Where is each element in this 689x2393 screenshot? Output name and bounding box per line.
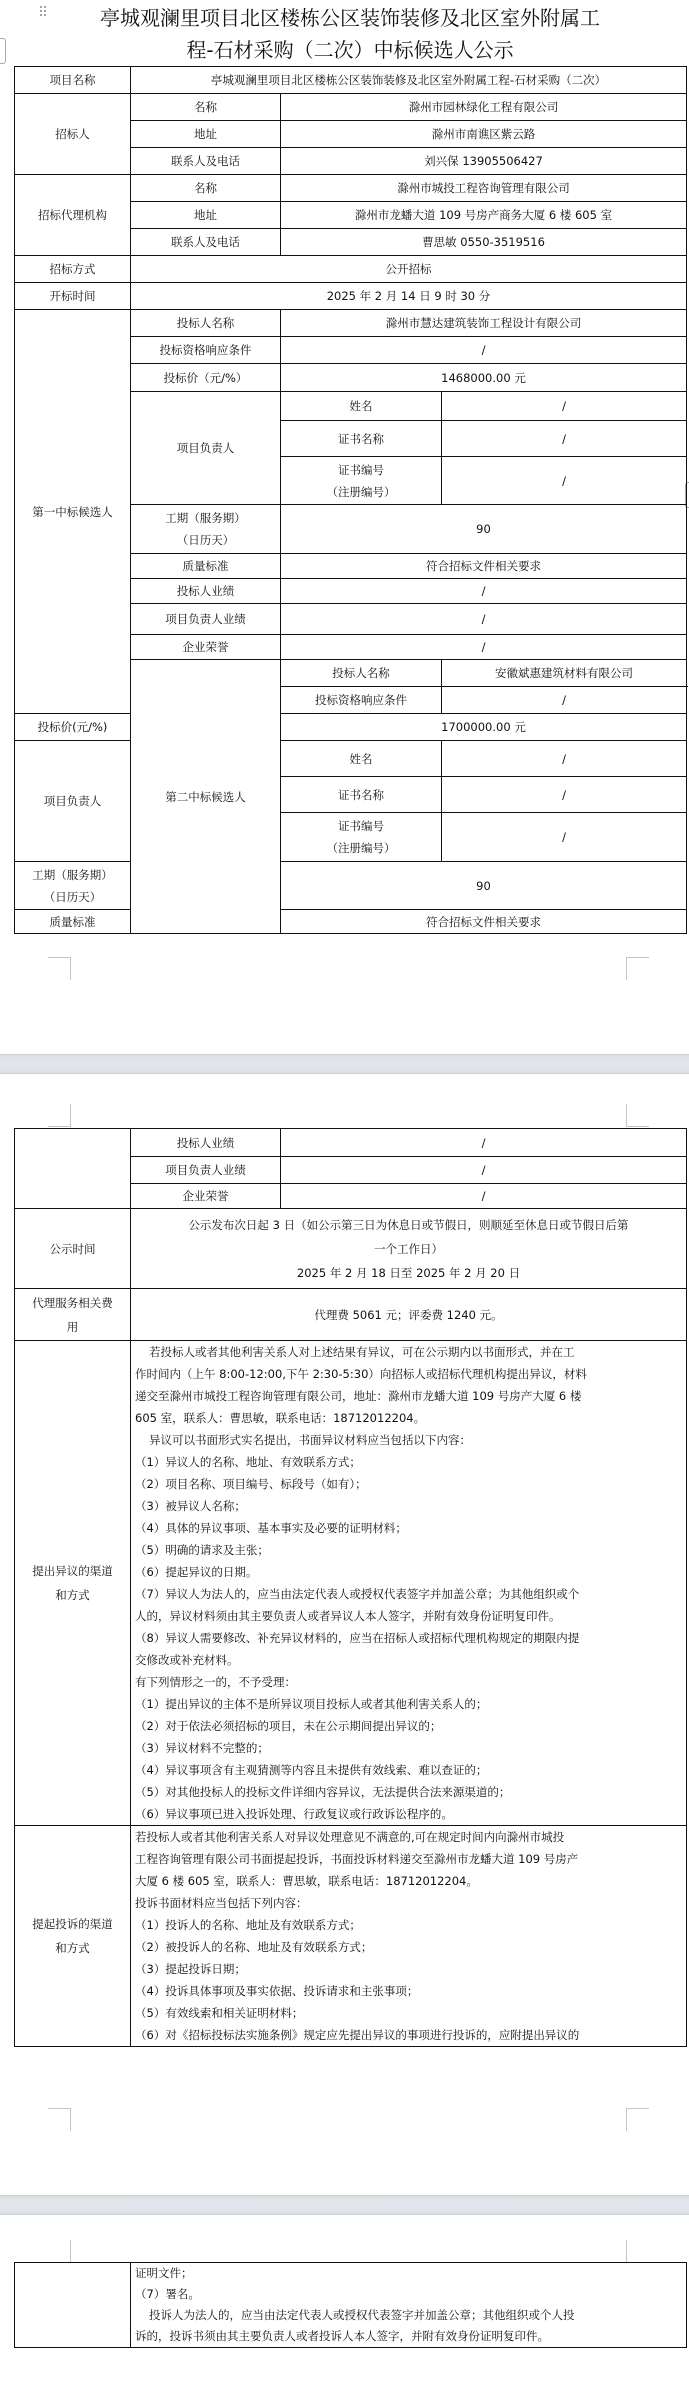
c1-name-label: 投标人名称 [131,310,281,337]
c1-qual-label: 投标资格响应条件 [131,337,281,364]
objection-label-2: 和方式 [19,1583,126,1607]
objection-line: 人的，异议材料须由其主要负责人或者异议人本人签字，并附有效身份证明复印件。 [135,1605,682,1627]
objection-line: （4）异议事项含有主观猜测等内容且未提供有效线索、难以查证的； [135,1759,682,1781]
c2-period-value: 90 [281,862,687,910]
candidate-table-page-3: 证明文件； （7）署名。 投诉人为法人的，应当由法定代表人或授权代表签字并加盖公… [14,2262,687,2348]
objection-line: （6）提起异议的日期。 [135,1561,682,1583]
c2-quality-label: 质量标准 [15,910,131,934]
page-corner-mark [48,957,71,980]
objection-line: 递交至滁州市城投工程咨询管理有限公司，地址：滁州市龙蟠大道 109 号房产大厦 … [135,1385,682,1407]
page-2: 投标人业绩 / 项目负责人业绩 / 企业荣誉 / 公示时间 公示发布次日起 3 … [0,1074,689,2195]
c2-cert-no-value: / [442,813,687,862]
objection-label: 提出异议的渠道 和方式 [15,1341,131,1826]
project-name-value: 亭城观澜里项目北区楼栋公区装饰装修及北区室外附属工程-石材采购（二次） [131,67,687,94]
fees-label-2: 用 [19,1315,126,1339]
fees-label-1: 代理服务相关费 [19,1291,126,1315]
complaint-line: （3）提起投诉日期； [135,1958,682,1980]
method-value: 公开招标 [131,256,687,283]
objection-line: 作时间内（上午 8:00-12:00,下午 2:30-5:30）向招标人或招标代… [135,1363,682,1385]
c2-mgr-perf-label: 项目负责人业绩 [131,1157,281,1184]
c1-honor-value: / [281,635,687,660]
complaint-line: （5）有效线索和相关证明材料； [135,2002,682,2024]
complaint-line: 诉的，投诉书须由其主要负责人或者投诉人本人签字，并附有效身份证明复印件。 [135,2326,682,2347]
complaint-line: 投诉书面材料应当包括下列内容： [135,1892,682,1914]
objection-line: 异议可以书面形式实名提出，书面异议材料应当包括以下内容： [135,1429,682,1451]
c2-period-label-2: （日历天） [19,886,126,908]
c1-qual-value: / [281,337,687,364]
tenderer-name-label: 名称 [131,94,281,121]
title-line-2: 程-石材采购（二次）中标候选人公示 [40,34,660,66]
objection-line: （3）被异议人名称； [135,1495,682,1517]
c2-cert-name-label: 证书名称 [281,777,442,813]
c1-cert-no-value: / [442,457,687,505]
c2-mgr-name-value: / [442,741,687,777]
complaint-label-2: 和方式 [19,1936,126,1960]
complaint-line: 投诉人为法人的，应当由法定代表人或授权代表签字并加盖公章；其他组织或个人投 [135,2305,682,2326]
agency-name-label: 名称 [131,175,281,202]
objection-line: （5）对其他投标人的投标文件详细内容异议，无法提供合法来源渠道的； [135,1781,682,1803]
c2-cert-no-label-2: （注册编号） [285,837,437,859]
c2-name-label: 投标人名称 [281,660,442,687]
c1-cert-no-label-2: （注册编号） [285,481,437,503]
objection-line: （5）明确的请求及主张； [135,1539,682,1561]
c1-honor-label: 企业荣誉 [131,635,281,660]
publicity-label: 公示时间 [15,1209,131,1289]
c2-qual-label: 投标资格响应条件 [281,687,442,714]
objection-line: （7）异议人为法人的，应当由法定代表人或授权代表签字并加盖公章；为其他组织或个 [135,1583,682,1605]
candidate-table-page-1: 项目名称 亭城观澜里项目北区楼栋公区装饰装修及北区室外附属工程-石材采购（二次）… [14,66,687,934]
complaint-continued [15,2263,131,2348]
complaint-label-1: 提起投诉的渠道 [19,1912,126,1936]
page-1: 亭城观澜里项目北区楼栋公区装饰装修及北区室外附属工 程-石材采购（二次）中标候选… [0,0,689,1041]
agency-label: 招标代理机构 [15,175,131,256]
publicity-value: 公示发布次日起 3 日（如公示第三日为休息日或节假日，则顺延至休息日或节假日后第… [131,1209,687,1289]
publicity-line-3: 2025 年 2 月 18 日至 2025 年 2 月 20 日 [135,1261,682,1285]
objection-content: 若投标人或者其他利害关系人对上述结果有异议，可在公示期内以书面形式，并在工 作时… [131,1341,687,1826]
agency-contact-label: 联系人及电话 [131,229,281,256]
c2-cert-name-value: / [442,777,687,813]
objection-line: （6）异议事项已进入投诉处理、行政复议或行政诉讼程序的。 [135,1803,682,1825]
page-gap [0,2195,689,2215]
c1-quality-label: 质量标准 [131,554,281,579]
c1-perf-value: / [281,579,687,604]
document-title: 亭城观澜里项目北区楼栋公区装饰装修及北区室外附属工 程-石材采购（二次）中标候选… [40,2,660,66]
tenderer-contact-value: 刘兴保 13905506427 [281,148,687,175]
c1-price-label: 投标价（元/%） [131,364,281,392]
tenderer-contact-label: 联系人及电话 [131,148,281,175]
opening-label: 开标时间 [15,283,131,310]
c2-perf-label: 投标人业绩 [131,1129,281,1157]
title-line-1: 亭城观澜里项目北区楼栋公区装饰装修及北区室外附属工 [40,2,660,34]
tenderer-address-label: 地址 [131,121,281,148]
c1-price-value: 1468000.00 元 [281,364,687,392]
c1-mgr-perf-label: 项目负责人业绩 [131,604,281,635]
c2-quality-value: 符合招标文件相关要求 [281,910,687,934]
c2-name-value: 安徽斌惠建筑材料有限公司 [442,660,687,687]
c2-honor-label: 企业荣誉 [131,1184,281,1209]
agency-address-label: 地址 [131,202,281,229]
c1-manager-label: 项目负责人 [131,392,281,505]
method-label: 招标方式 [15,256,131,283]
objection-line: （3）异议材料不完整的； [135,1737,682,1759]
fees-label: 代理服务相关费 用 [15,1289,131,1341]
page-corner-mark [48,2240,71,2262]
objection-line: 605 室，联系人：曹思敏，联系电话：18712012204。 [135,1407,682,1429]
left-side-tab[interactable] [0,38,6,64]
agency-address-value: 滁州市龙蟠大道 109 号房产商务大厦 6 楼 605 室 [281,202,687,229]
c2-period-label: 工期（服务期） （日历天） [15,862,131,910]
page-corner-mark [48,1104,71,1127]
c2-mgr-name-label: 姓名 [281,741,442,777]
complaint-content-continued: 证明文件； （7）署名。 投诉人为法人的，应当由法定代表人或授权代表签字并加盖公… [131,2263,687,2348]
c2-manager-label: 项目负责人 [15,741,131,862]
c2-mgr-perf-value: / [281,1157,687,1184]
tenderer-label: 招标人 [15,94,131,175]
c1-mgr-name-label: 姓名 [281,392,442,421]
complaint-line: 证明文件； [135,2263,682,2284]
c1-period-label-1: 工期（服务期） [135,507,276,529]
agency-name-value: 滁州市城投工程咨询管理有限公司 [281,175,687,202]
c1-mgr-name-value: / [442,392,687,421]
objection-label-1: 提出异议的渠道 [19,1559,126,1583]
complaint-content: 若投标人或者其他利害关系人对异议处理意见不满意的,可在规定时间内向滁州市城投 工… [131,1826,687,2047]
page-corner-mark [626,2108,649,2131]
page-corner-mark [626,957,649,980]
complaint-line: （7）署名。 [135,2284,682,2305]
objection-line: 有下列情形之一的，不予受理： [135,1671,682,1693]
page-corner-mark [626,1104,649,1127]
page-corner-mark [48,2108,71,2131]
complaint-line: （4）投诉具体事项及事实依据、投诉请求和主张事项； [135,1980,682,2002]
c2-cert-no-label-1: 证书编号 [285,815,437,837]
c1-mgr-perf-value: / [281,604,687,635]
project-name-label: 项目名称 [15,67,131,94]
complaint-line: （1）投诉人的名称、地址及有效联系方式； [135,1914,682,1936]
c1-period-value: 90 [281,505,687,554]
c1-period-label: 工期（服务期） （日历天） [131,505,281,554]
c2-price-value: 1700000.00 元 [281,714,687,741]
c2-price-label: 投标价(元/%) [15,714,131,741]
tenderer-name-value: 滁州市园林绿化工程有限公司 [281,94,687,121]
tenderer-address-value: 滁州市南谯区紫云路 [281,121,687,148]
objection-line: （2）对于依法必须招标的项目，未在公示期间提出异议的； [135,1715,682,1737]
complaint-line: 大厦 6 楼 605 室，联系人：曹思敏，联系电话：18712012204。 [135,1870,682,1892]
objection-line: 若投标人或者其他利害关系人对上述结果有异议，可在公示期内以书面形式，并在工 [135,1341,682,1363]
c1-cert-no-label-1: 证书编号 [285,459,437,481]
opening-value: 2025 年 2 月 14 日 9 时 30 分 [131,283,687,310]
agency-contact-value: 曹思敏 0550-3519516 [281,229,687,256]
c1-perf-label: 投标人业绩 [131,579,281,604]
c2-qual-value: / [442,687,687,714]
publicity-line-1: 公示发布次日起 3 日（如公示第三日为休息日或节假日，则顺延至休息日或节假日后第 [135,1213,682,1237]
c1-cert-no-label: 证书编号 （注册编号） [281,457,442,505]
publicity-line-2: 一个工作日） [135,1237,682,1261]
objection-line: 交修改或补充材料。 [135,1649,682,1671]
candidate-1-label: 第一中标候选人 [15,310,131,714]
complaint-line: （6）对《招标投标法实施条例》规定应先提出异议的事项进行投诉的，应附提出异议的 [135,2024,682,2046]
complaint-label: 提起投诉的渠道 和方式 [15,1826,131,2047]
objection-line: （4）具体的异议事项、基本事实及必要的证明材料； [135,1517,682,1539]
candidate-2-continued [15,1129,131,1209]
page-gap [0,1054,689,1074]
c1-period-label-2: （日历天） [135,529,276,551]
objection-line: （1）异议人的名称、地址、有效联系方式； [135,1451,682,1473]
objection-line: （8）异议人需要修改、补充异议材料的，应当在招标人或招标代理机构规定的期限内提 [135,1627,682,1649]
fees-value: 代理费 5061 元；评委费 1240 元。 [131,1289,687,1341]
objection-line: （1）提出异议的主体不是所异议项目投标人或者其他利害关系人的； [135,1693,682,1715]
c1-cert-name-value: / [442,421,687,457]
c1-quality-value: 符合招标文件相关要求 [281,554,687,579]
page-corner-mark [626,2240,649,2262]
c2-perf-value: / [281,1129,687,1157]
complaint-line: 工程咨询管理有限公司书面提起投诉，书面投诉材料递交至滁州市龙蟠大道 109 号房… [135,1848,682,1870]
complaint-line: 若投标人或者其他利害关系人对异议处理意见不满意的,可在规定时间内向滁州市城投 [135,1826,682,1848]
c1-name-value: 滁州市慧达建筑装饰工程设计有限公司 [281,310,687,337]
c2-period-label-1: 工期（服务期） [19,864,126,886]
page-3: 证明文件； （7）署名。 投诉人为法人的，应当由法定代表人或授权代表签字并加盖公… [0,2215,689,2393]
c2-honor-value: / [281,1184,687,1209]
complaint-line: （2）被投诉人的名称、地址及有效联系方式； [135,1936,682,1958]
c2-cert-no-label: 证书编号 （注册编号） [281,813,442,862]
c1-cert-name-label: 证书名称 [281,421,442,457]
candidate-table-page-2: 投标人业绩 / 项目负责人业绩 / 企业荣誉 / 公示时间 公示发布次日起 3 … [14,1128,687,2047]
candidate-2-label: 第二中标候选人 [131,660,281,934]
objection-line: （2）项目名称、项目编号、标段号（如有）； [135,1473,682,1495]
